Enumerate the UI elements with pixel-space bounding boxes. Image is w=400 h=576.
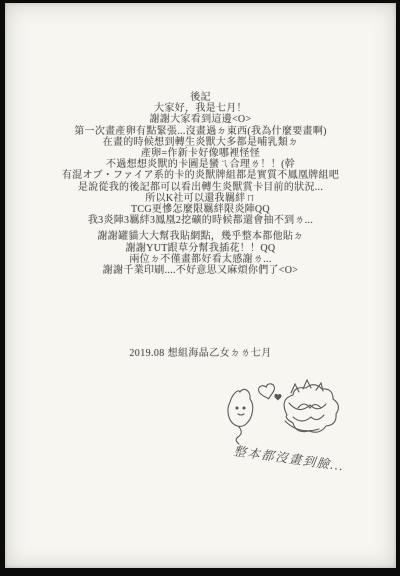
afterword-line: 謝謝千業印刷....不好意思又麻煩你們了<O> (5, 265, 396, 276)
date-signature: 2019.08 想組海晶乙女ㄉㄌ七月 (5, 344, 396, 359)
afterword-line: 所以K社可以還我羈絆ㄇ (5, 193, 396, 204)
scribble-creature-doodle (284, 380, 338, 432)
afterword-line: 我3炎陣3羈絆3鳳凰2挖礦的時候都還會抽不到ㄌ... (5, 215, 396, 226)
afterword-line: 有混オブ・ファイア系的卡的炎獸牌組都是實質不鳳凰牌組吧 (5, 170, 396, 181)
afterword-line: 大家好，我是七月！ (5, 103, 396, 114)
afterword-line: 產卵=作新卡好像哪裡怪怪 (5, 148, 396, 159)
afterword-line: 謝謝大家看到這邊<O> (5, 114, 396, 125)
scan-border: 後記 大家好，我是七月！ 謝謝大家看到這邊<O> 第一次畫產卵有點緊張...沒畫… (0, 0, 400, 576)
afterword-line: 謝謝YUT跟草分幫我插花！！QQ (5, 243, 396, 254)
scanned-page: 後記 大家好，我是七月！ 謝謝大家看到這邊<O> 第一次畫產卵有點緊張...沒畫… (5, 3, 396, 568)
heart-icon (258, 383, 282, 401)
flame-ghost-doodle (228, 389, 253, 444)
afterword-line: TCG更慘怎麼限羈絆限炎陣QQ (5, 204, 396, 215)
afterword-line: 兩位ㄉ不僅畫都好看太感謝ㄌ... (5, 254, 396, 265)
afterword-text-block: 後記 大家好，我是七月！ 謝謝大家看到這邊<O> 第一次畫產卵有點緊張...沒畫… (5, 92, 396, 276)
afterword-line: 第一次畫產卵有點緊張...沒畫過ㄉ東西(我為什麼要畫啊) (5, 126, 396, 137)
afterword-line: 謝謝罐貓大大幫我貼網點，幾乎整本都他貼ㄉ (5, 231, 396, 242)
afterword-thanks-paragraph: 謝謝罐貓大大幫我貼網點，幾乎整本都他貼ㄉ 謝謝YUT跟草分幫我插花！！QQ 兩位… (5, 231, 396, 276)
afterword-line: 是說從我的後記都可以看出轉生炎獸賞卡目前的狀況... (5, 182, 396, 193)
afterword-title: 後記 (5, 92, 396, 103)
afterword-line: 在畫的時候想到轉生炎獸大多都是哺乳類ㄉ (5, 137, 396, 148)
afterword-line: 不過想想炎獸的卡圖是蠻ㄟ合理ㄌ！！(幹 (5, 159, 396, 170)
handwritten-note: 整本都沒畫到臉... (233, 444, 346, 473)
hand-drawn-doodle: 整本都沒畫到臉... (213, 373, 373, 481)
